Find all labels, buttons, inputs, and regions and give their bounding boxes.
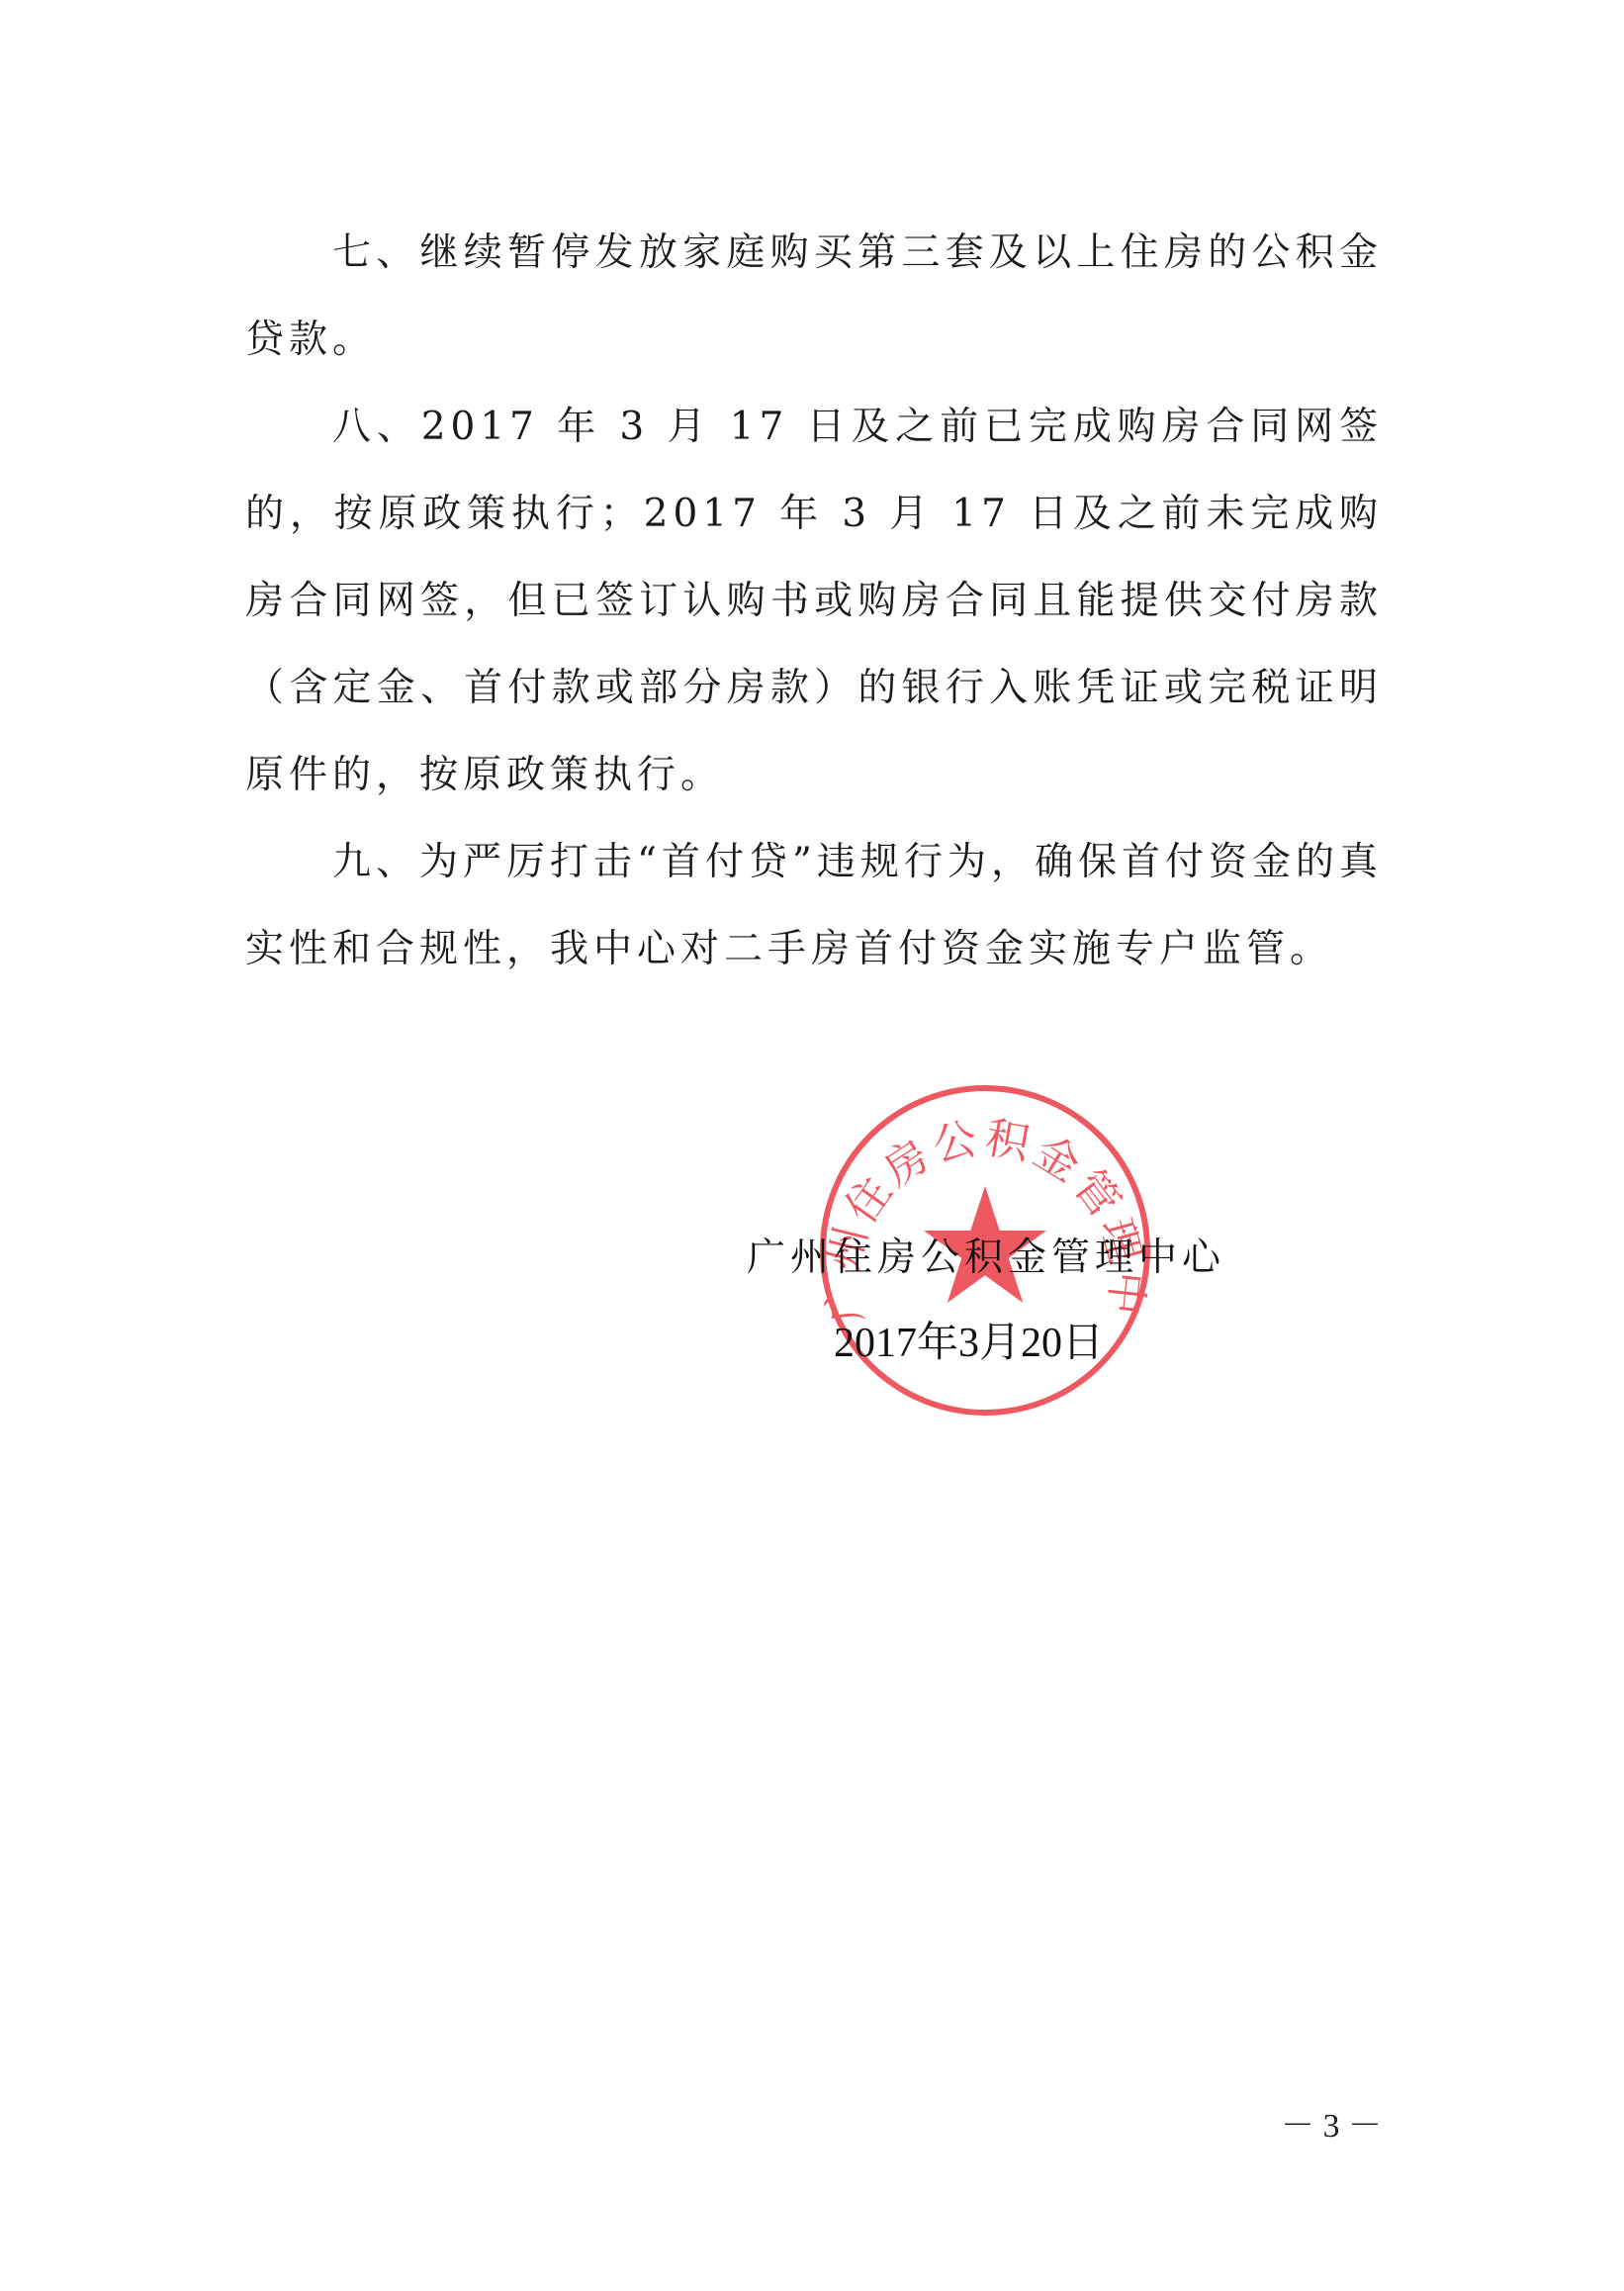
star-icon: [924, 1186, 1046, 1303]
paragraph-seven: 七、继续暂停发放家庭购买第三套及以上住房的公积金贷款。: [245, 210, 1383, 384]
page-number: － 3 －: [1281, 2105, 1382, 2149]
official-seal: 广州住房公积金管理中心: [817, 1082, 1153, 1419]
paragraph-eight: 八、2017 年 3 月 17 日及之前已完成购房合同网签的，按原政策执行；20…: [245, 384, 1383, 819]
paragraph-nine: 九、为严厉打击“首付贷”违规行为，确保首付资金的真实性和合规性，我中心对二手房首…: [245, 819, 1383, 993]
document-body: 七、继续暂停发放家庭购买第三套及以上住房的公积金贷款。 八、2017 年 3 月…: [245, 210, 1383, 993]
seal-ring-text: 广州住房公积金管理中心: [817, 1082, 1153, 1326]
issuing-organization: 广州住房公积金管理中心: [747, 1233, 1225, 1284]
document-page: 七、继续暂停发放家庭购买第三套及以上住房的公积金贷款。 八、2017 年 3 月…: [0, 0, 1624, 2291]
issue-date: 2017年3月20日: [834, 1318, 1104, 1369]
